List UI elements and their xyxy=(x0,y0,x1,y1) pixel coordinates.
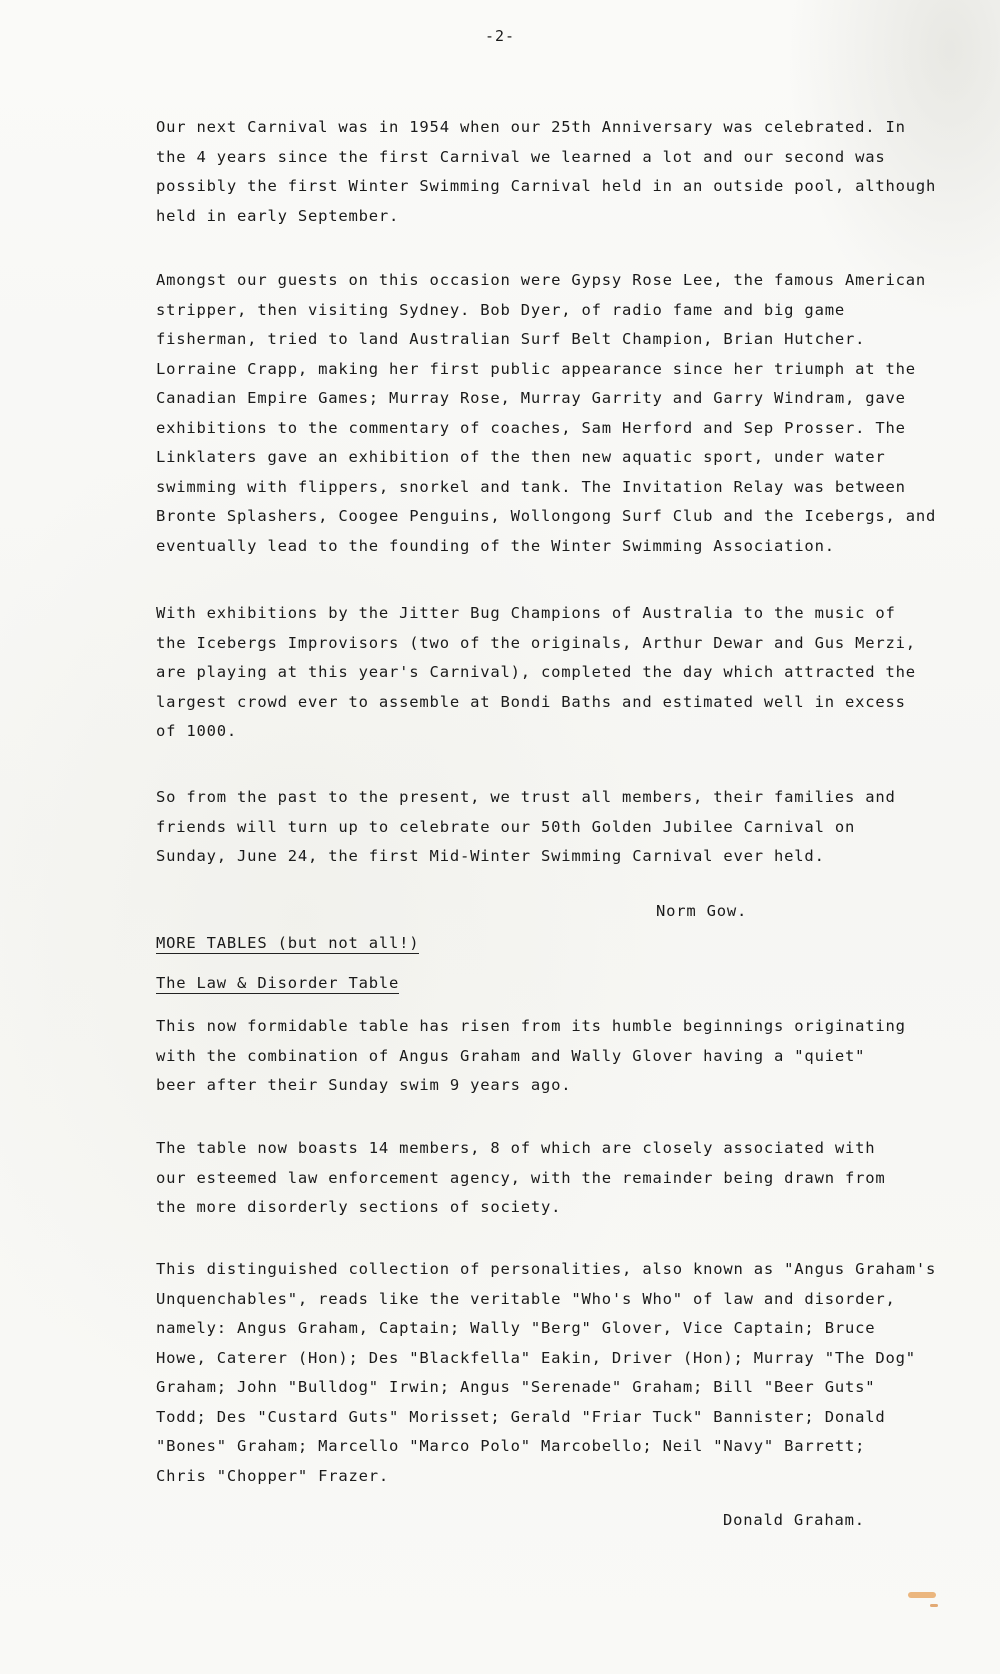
document-page: -2- Our next Carnival was in 1954 when o… xyxy=(0,0,1000,1674)
paragraph-table-members: The table now boasts 14 members, 8 of wh… xyxy=(156,1134,946,1223)
paper-stain-small xyxy=(930,1604,938,1607)
paragraph-exhibitions: With exhibitions by the Jitter Bug Champ… xyxy=(156,599,946,747)
paragraph-jubilee: So from the past to the present, we trus… xyxy=(156,783,946,872)
paper-stain xyxy=(908,1592,936,1598)
paragraph-member-list: This distinguished collection of persona… xyxy=(156,1255,946,1491)
page-number: -2- xyxy=(0,27,1000,45)
section-heading: MORE TABLES (but not all!) xyxy=(156,934,419,954)
paragraph-guests: Amongst our guests on this occasion were… xyxy=(156,266,946,561)
paragraph-1954-carnival: Our next Carnival was in 1954 when our 2… xyxy=(156,113,946,231)
signature-donald-graham: Donald Graham. xyxy=(723,1511,865,1529)
signature-norm-gow: Norm Gow. xyxy=(656,902,747,920)
subsection-heading: The Law & Disorder Table xyxy=(156,974,399,994)
paragraph-table-origins: This now formidable table has risen from… xyxy=(156,1012,946,1101)
